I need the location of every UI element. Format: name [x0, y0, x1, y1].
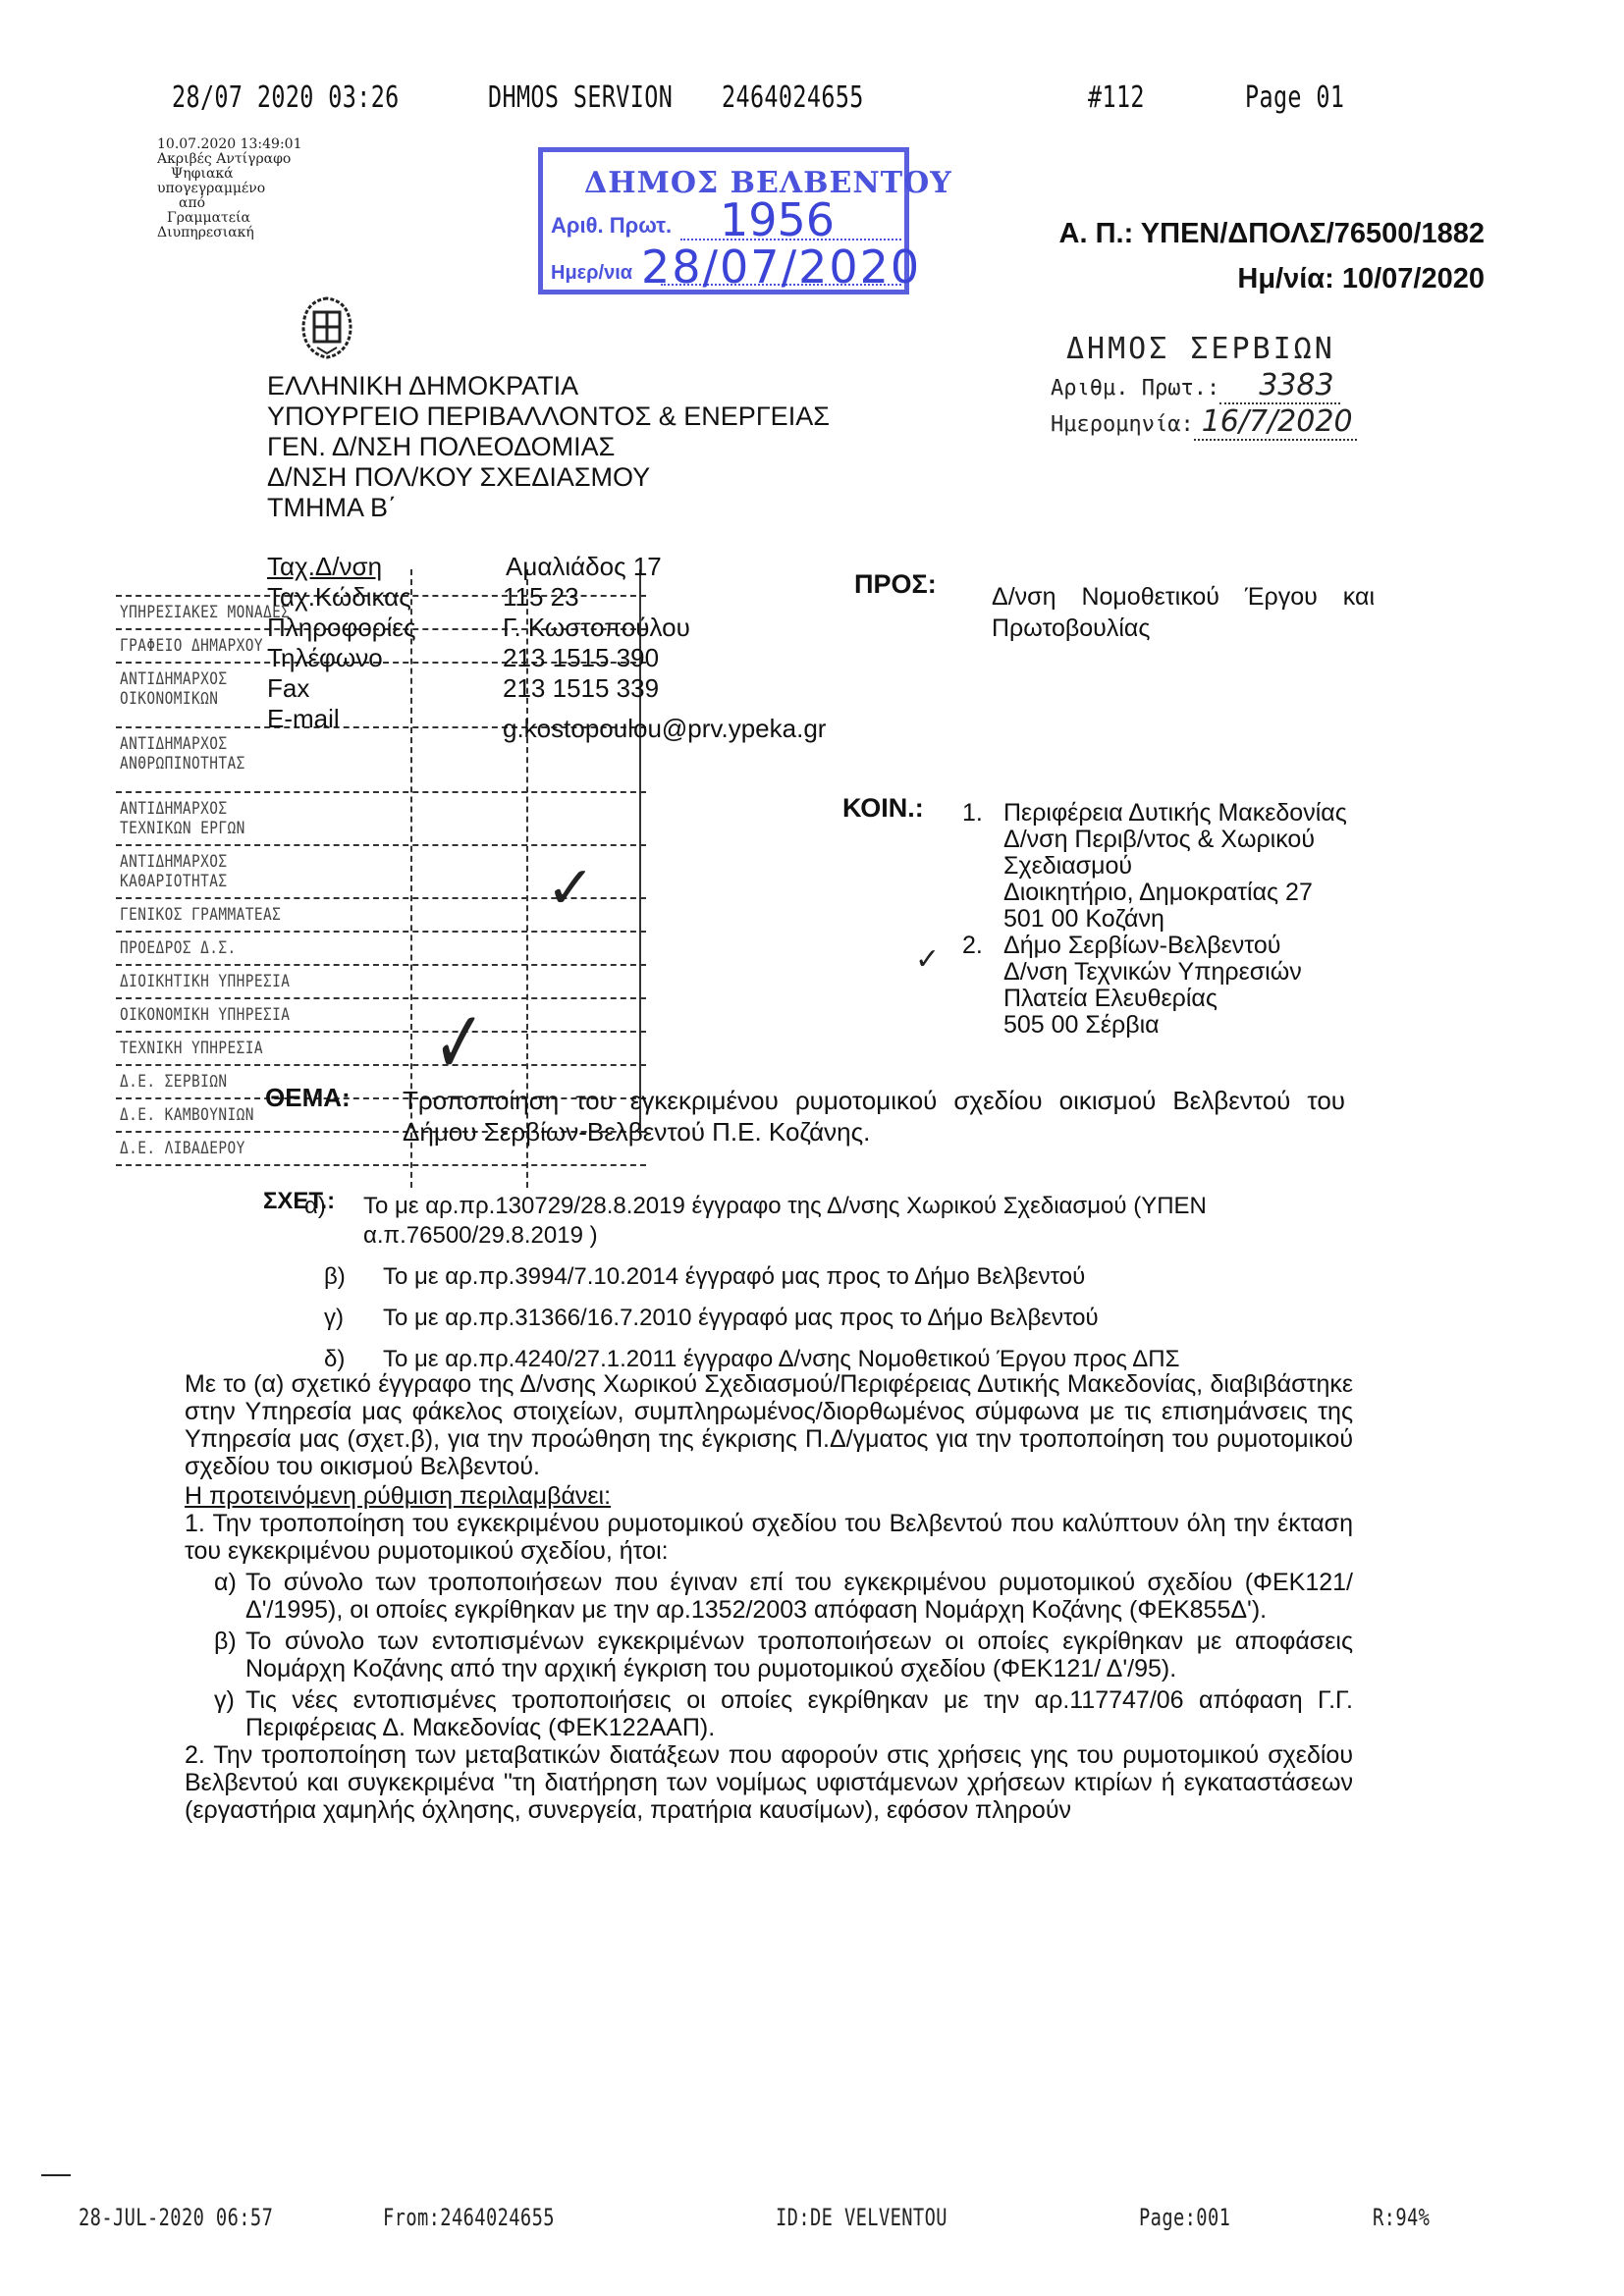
- servia-protocol-stamp: ΔΗΜΟΣ ΣΕΡΒΙΩΝ Αριθμ. Πρωτ.:3383 Ημερομην…: [1051, 332, 1357, 439]
- fax-footer-datetime: 28-JUL-2020 06:57: [79, 2204, 273, 2231]
- body-item-2: 2. Την τροποποίηση των μεταβατικών διατά…: [185, 1741, 1353, 1824]
- routing-row: ΤΕΧΝΙΚΗ ΥΠΗΡΕΣΙΑ: [116, 1033, 646, 1066]
- fax-footer-from: From:2464024655: [383, 2204, 555, 2231]
- cc-item: 2. Δήμο Σερβίων-Βελβεντού Δ/νση Τεχνικών…: [962, 933, 1347, 1039]
- fax-footer-id: ID:DE VELVENTOU: [776, 2204, 947, 2231]
- contact-email-link[interactable]: g.kostopoulou@prv.ypeka.gr: [503, 714, 826, 744]
- routing-row: ΟΙΚΟΝΟΜΙΚΗ ΥΠΗΡΕΣΙΑ: [116, 999, 646, 1033]
- digital-signature-block: 10.07.2020 13:49:01 Ακριβές Αντίγραφο Ψη…: [157, 137, 302, 240]
- org-line: ΥΠΟΥΡΓΕΙΟ ΠΕΡΙΒΑΛΛΟΝΤΟΣ & ΕΝΕΡΓΕΙΑΣ: [267, 401, 830, 432]
- incoming-protocol-stamp: ΔΗΜΟΣ ΒΕΛΒΕΝΤΟΥ Αριθ. Πρωτ. 1956 Ημερ/νι…: [538, 147, 909, 294]
- stamp-protocol-number: 1956: [720, 193, 835, 246]
- signature-line: Ψηφιακά: [171, 167, 302, 182]
- org-line: ΕΛΛΗΝΙΚΗ ΔΗΜΟΚΡΑΤΙΑ: [267, 371, 830, 401]
- body-subitem: γ)Τις νέες εντοπισμένες τροποποιήσεις οι…: [185, 1686, 1353, 1741]
- signature-line: Διυπηρεσιακή: [157, 226, 302, 240]
- signature-line: Ακριβές Αντίγραφο: [157, 152, 302, 167]
- checkmark-icon: ✓: [915, 942, 940, 977]
- routing-row: ΠΡΟΕΔΡΟΣ Δ.Σ.: [116, 933, 646, 966]
- checkmark-icon: ✓: [433, 991, 485, 1095]
- signature-line: Γραμματεία: [167, 211, 302, 226]
- routing-row: ΑΝΤΙΔΗΜΑΡΧΟΣ ΤΕΧΝΙΚΩΝ ΕΡΓΩΝ: [116, 793, 646, 846]
- related-item: α)Το με αρ.πρ.130729/28.8.2019 έγγραφο τ…: [304, 1192, 1355, 1251]
- scan-edge-mark: [41, 2174, 71, 2176]
- signature-line: υπογεγραμμένο: [157, 182, 302, 196]
- stamp-date: 28/07/2020: [641, 240, 921, 294]
- fax-header-sender-name: DHMOS SERVION: [488, 80, 673, 115]
- servia-date: 16/7/2020: [1194, 404, 1357, 441]
- greek-coat-of-arms-icon: [298, 294, 356, 361]
- routing-row: ΔΙΟΙΚΗΤΙΚΗ ΥΠΗΡΕΣΙΑ: [116, 966, 646, 999]
- recipient-text: Δ/νση Νομοθετικού Έργου και Πρωτοβουλίας: [992, 581, 1375, 644]
- fax-footer-page: Page:001: [1139, 2204, 1230, 2231]
- stamp-date-label: Ημερ/νια: [551, 262, 632, 285]
- body-intro: Με το (α) σχετικό έγγραφο της Δ/νσης Χωρ…: [185, 1370, 1353, 1480]
- body-heading: Η προτεινόμενη ρύθμιση περιλαμβάνει:: [185, 1482, 1353, 1510]
- fax-header-job-number: #112: [1088, 80, 1145, 115]
- cc-item: 1. Περιφέρεια Δυτικής Μακεδονίας Δ/νση Π…: [962, 800, 1347, 933]
- body-subitem: β)Το σύνολο των εντοπισμένων εγκεκριμένω…: [185, 1628, 1353, 1682]
- fax-footer-resolution: R:94%: [1373, 2204, 1430, 2231]
- sender-organization: ΕΛΛΗΝΙΚΗ ΔΗΜΟΚΡΑΤΙΑ ΥΠΟΥΡΓΕΙΟ ΠΕΡΙΒΑΛΛΟΝ…: [267, 371, 830, 523]
- subject-text: Τροποποίηση του εγκεκριμένου ρυμοτομικού…: [403, 1085, 1345, 1148]
- servia-stamp-title: ΔΗΜΟΣ ΣΕΡΒΙΩΝ: [1066, 332, 1357, 366]
- document-protocol-number: Α. Π.: ΥΠΕΝ/ΔΠΟΛΣ/76500/1882: [1059, 218, 1485, 250]
- fax-header-datetime: 28/07 2020 03:26: [172, 80, 400, 115]
- related-item: γ)Το με αρ.πρ.31366/16.7.2010 έγγραφό μα…: [324, 1304, 1355, 1333]
- related-item: β)Το με αρ.πρ.3994/7.10.2014 έγγραφό μας…: [324, 1262, 1355, 1292]
- document-date: Ημ/νία: 10/07/2020: [1237, 263, 1485, 295]
- signature-line: από: [179, 196, 302, 211]
- document-body: Με το (α) σχετικό έγγραφο της Δ/νσης Χωρ…: [185, 1370, 1353, 1824]
- body-item-1: 1. Την τροποποίηση του εγκεκριμένου ρυμο…: [185, 1510, 1353, 1565]
- fax-header-page: Page 01: [1245, 80, 1344, 115]
- servia-protocol-number: 3383: [1219, 368, 1339, 404]
- fax-header-sender-number: 2464024655: [722, 80, 864, 115]
- checkmark-icon: ✓: [546, 854, 595, 923]
- cc-label: ΚΟΙΝ.:: [842, 793, 924, 824]
- stamp-protocol-label: Αριθ. Πρωτ.: [551, 213, 672, 239]
- servia-date-label: Ημερομηνία:: [1051, 412, 1194, 437]
- org-line: ΓΕΝ. Δ/ΝΣΗ ΠΟΛΕΟΔΟΜΙΑΣ: [267, 432, 830, 462]
- org-line: ΤΜΗΜΑ Β΄: [267, 493, 830, 523]
- body-subitem: α)Το σύνολο των τροποποιήσεων που έγιναν…: [185, 1569, 1353, 1624]
- org-line: Δ/ΝΣΗ ΠΟΛ/ΚΟΥ ΣΧΕΔΙΑΣΜΟΥ: [267, 462, 830, 493]
- signature-line: 10.07.2020 13:49:01: [157, 137, 302, 152]
- cc-list: 1. Περιφέρεια Δυτικής Μακεδονίας Δ/νση Π…: [962, 800, 1347, 1039]
- servia-protocol-label: Αριθμ. Πρωτ.:: [1051, 376, 1219, 400]
- related-list: α)Το με αρ.πρ.130729/28.8.2019 έγγραφο τ…: [324, 1192, 1355, 1386]
- subject-label: ΘΕΜΑ:: [265, 1083, 351, 1113]
- recipient-label: ΠΡΟΣ:: [854, 569, 937, 600]
